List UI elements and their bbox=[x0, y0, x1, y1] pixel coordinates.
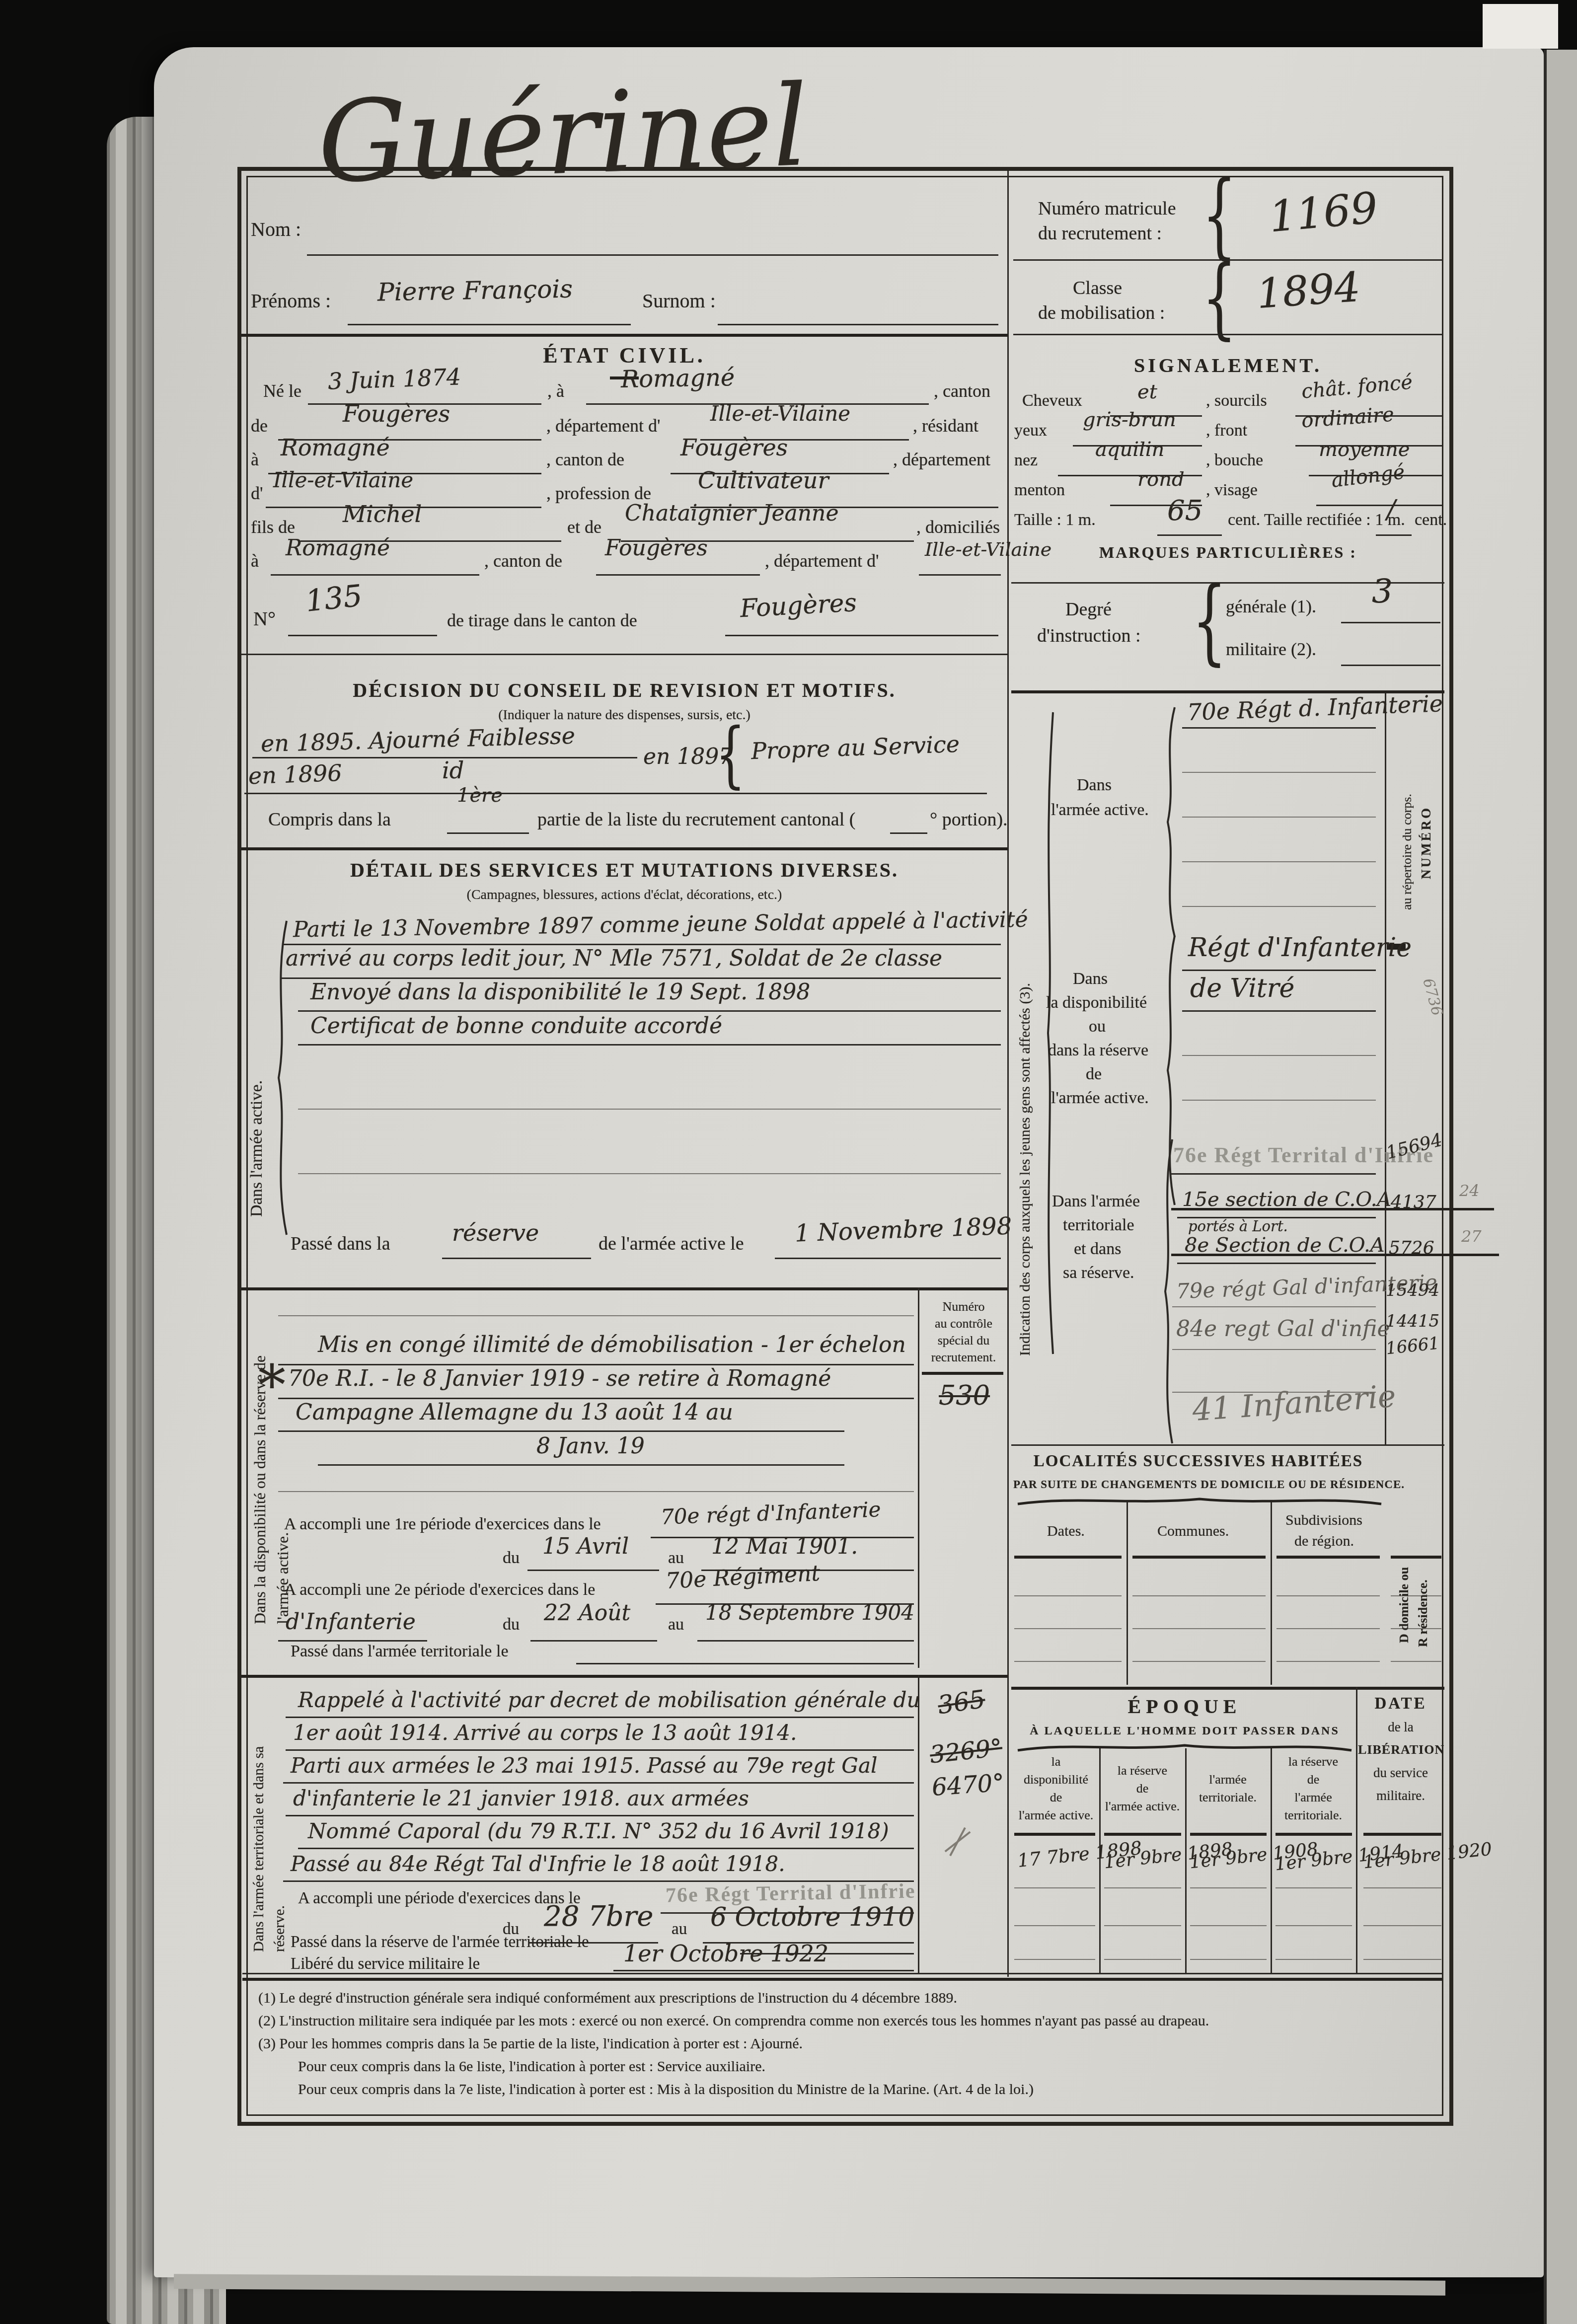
services-line-3: Envoyé dans la disponibilité le 19 Sept.… bbox=[310, 979, 810, 1005]
rule bbox=[298, 1109, 1001, 1110]
rule bbox=[1182, 906, 1376, 907]
rule bbox=[1014, 1595, 1122, 1596]
territoriale-line-2: 1er août 1914. Arrivé au corps le 13 aoû… bbox=[293, 1721, 797, 1745]
dispo-divider bbox=[241, 1287, 1007, 1290]
mere-value: Chataignier Jeanne bbox=[625, 501, 838, 526]
corps-dispo-label-2: la disponibilité bbox=[1046, 993, 1147, 1012]
services-title: DÉTAIL DES SERVICES ET MUTATIONS DIVERSE… bbox=[241, 858, 1007, 882]
rule bbox=[1182, 1010, 1376, 1012]
prenoms-label: Prénoms : bbox=[251, 289, 331, 312]
tirage-no-value: 135 bbox=[304, 578, 364, 619]
rule bbox=[1277, 1661, 1380, 1662]
epoque-date-col-line bbox=[1356, 1687, 1357, 1973]
numero-corps-header-2: au répertoire du corps. bbox=[1400, 701, 1415, 910]
dispo-line-1: Mis en congé illimité de démobilisation … bbox=[318, 1332, 906, 1357]
surnom-label: Surnom : bbox=[642, 289, 716, 312]
rule bbox=[1104, 1925, 1181, 1926]
rule bbox=[283, 944, 1001, 945]
epoque-col4-l3: l'armée bbox=[1273, 1790, 1354, 1805]
corps-dispo-label-6: l'armée active. bbox=[1051, 1089, 1149, 1108]
front-label: , front bbox=[1206, 421, 1247, 440]
rule bbox=[1157, 534, 1222, 536]
classe-value: 1894 bbox=[1255, 264, 1362, 318]
footnote-3: (3) Pour les hommes compris dans la 5e p… bbox=[258, 2035, 1435, 2052]
services-side-label: Dans l'armée active. bbox=[247, 939, 266, 1217]
taille-rectifiee-label: cent. Taille rectifiée : 1 m. bbox=[1228, 511, 1405, 529]
taille-value: 65 bbox=[1167, 495, 1202, 527]
compris-post: ° portion). bbox=[930, 809, 1008, 830]
dispo-line-2: 70e R.I. - le 8 Janvier 1919 - se retire… bbox=[288, 1366, 831, 1391]
rule bbox=[1014, 1887, 1095, 1888]
cheveux-label: Cheveux bbox=[1022, 391, 1082, 410]
domicile-value: Romagné bbox=[286, 535, 390, 561]
epoque-col4-l1: la réserve bbox=[1273, 1754, 1354, 1769]
rule bbox=[1341, 622, 1440, 623]
et-de-label: et de bbox=[567, 517, 601, 537]
localites-header-rule-1 bbox=[1014, 1556, 1122, 1559]
corps-terr-label-4: sa réserve. bbox=[1063, 1264, 1134, 1282]
rule bbox=[1182, 1055, 1376, 1056]
corps-terr-row-5: 84e regt Gal d'infie bbox=[1176, 1316, 1390, 1342]
localites-col-dates: Dates. bbox=[1047, 1523, 1085, 1540]
rule bbox=[1182, 1100, 1376, 1101]
rule bbox=[244, 793, 987, 794]
controle-header-4: recrutement. bbox=[922, 1350, 1005, 1365]
classe-label-2: de mobilisation : bbox=[1038, 302, 1165, 324]
rule bbox=[1363, 1925, 1441, 1926]
rule bbox=[697, 1640, 914, 1642]
epoque-col1-l3: de bbox=[1014, 1790, 1098, 1805]
rule bbox=[281, 977, 1001, 979]
rule bbox=[596, 574, 760, 576]
ne-commune: Romagné bbox=[621, 364, 735, 393]
rule bbox=[298, 1848, 914, 1849]
tirage-no-label: N° bbox=[253, 607, 276, 630]
corps-terr-brace bbox=[1157, 1137, 1175, 1445]
nez-value: aquilin bbox=[1095, 438, 1164, 461]
departement-value: Ille-et-Vilaine bbox=[710, 401, 850, 426]
rule bbox=[1172, 1306, 1376, 1307]
rule bbox=[1104, 1887, 1181, 1888]
departement-res-value: Ille-et-Vilaine bbox=[273, 468, 413, 492]
decision-top-rule bbox=[241, 654, 1007, 655]
departement-word: , département bbox=[893, 449, 990, 470]
rule bbox=[1190, 1887, 1267, 1888]
localites-header-rule-4 bbox=[1391, 1556, 1441, 1559]
taille-cent-label: cent. bbox=[1415, 511, 1447, 529]
rule bbox=[1391, 1628, 1441, 1629]
ne-le-date: 3 Juin 1874 bbox=[327, 363, 461, 394]
localites-col-dr-2: R résidence. bbox=[1416, 1508, 1430, 1647]
dispo-line-3: Campagne Allemagne du 13 août 14 au bbox=[296, 1400, 733, 1425]
corps-dispo-value-2: de Vitré bbox=[1190, 974, 1294, 1003]
localites-col-dr-1: D domicile ou bbox=[1397, 1504, 1412, 1643]
a-word-2: à bbox=[251, 550, 259, 571]
periode1-label: A accompli une 1re période d'exercices d… bbox=[284, 1515, 601, 1534]
periode2-au: au bbox=[668, 1615, 684, 1634]
corps-terr-label-2: territoriale bbox=[1063, 1216, 1134, 1235]
rule bbox=[1132, 1595, 1266, 1596]
services-line-4: Certificat de bonne conduite accordé bbox=[310, 1013, 722, 1039]
compris-value: 1ère bbox=[457, 784, 503, 807]
corps-bottom-rule bbox=[1011, 1444, 1444, 1446]
libere-value: 1er Octobre 1922 bbox=[623, 1940, 828, 1967]
canton-res-value: Fougères bbox=[680, 434, 788, 461]
epoque-title: ÉPOQUE bbox=[1013, 1695, 1356, 1718]
periode2-cont: d'Infanterie bbox=[286, 1609, 416, 1635]
epoque-date-label-2: de la bbox=[1358, 1720, 1443, 1735]
marques-label: MARQUES PARTICULIÈRES : bbox=[1013, 543, 1443, 562]
fils-de-label: fils de bbox=[251, 517, 295, 537]
rule bbox=[278, 1315, 914, 1316]
corps-active-label-2: l'armée active. bbox=[1051, 801, 1149, 820]
footnote-2: (2) L'instruction militaire sera indiqué… bbox=[258, 2013, 1435, 2029]
localites-subtitle: PAR SUITE DE CHANGEMENTS DE DOMICILE OU … bbox=[1013, 1478, 1383, 1491]
degre-militaire-label: militaire (2). bbox=[1226, 639, 1316, 660]
epoque-date-label-4: du service bbox=[1358, 1765, 1443, 1781]
rule bbox=[919, 574, 1001, 576]
controle-header-3: spécial du bbox=[922, 1333, 1005, 1348]
corps-active-brace bbox=[1160, 705, 1178, 939]
nom-label: Nom : bbox=[251, 218, 301, 241]
rule bbox=[447, 832, 529, 834]
corps-dispo-label-4: dans la réserve bbox=[1048, 1041, 1148, 1060]
epoque-date-label-3: LIBÉRATION bbox=[1358, 1742, 1443, 1757]
departement-d-label: , département d' bbox=[765, 550, 879, 571]
bouche-label: , bouche bbox=[1206, 451, 1263, 470]
canton-de-label-2: , canton de bbox=[484, 550, 562, 571]
tirage-label: de tirage dans le canton de bbox=[447, 610, 637, 631]
rule bbox=[318, 1464, 844, 1466]
localites-header-rule-3 bbox=[1277, 1556, 1380, 1559]
rule bbox=[1316, 505, 1442, 506]
rule bbox=[1341, 665, 1440, 666]
rule bbox=[1014, 1925, 1095, 1926]
rule bbox=[278, 1430, 844, 1432]
territoriale-line-3: Parti aux armées le 23 mai 1915. Passé a… bbox=[291, 1753, 877, 1778]
rule bbox=[1132, 1628, 1266, 1629]
rule bbox=[1391, 1595, 1441, 1596]
rule bbox=[283, 1782, 914, 1784]
footnote-divider-b bbox=[242, 1978, 1442, 1981]
rule bbox=[527, 1570, 659, 1571]
rule bbox=[286, 1815, 914, 1816]
periode2-date-fin: 18 Septembre 1904 bbox=[705, 1600, 914, 1625]
rule bbox=[1363, 1959, 1441, 1960]
etat-civil-title: ÉTAT CIVIL. bbox=[241, 343, 1007, 368]
epoque-col3-l2: territoriale. bbox=[1187, 1790, 1269, 1805]
corps-dispo-label-5: de bbox=[1086, 1065, 1102, 1084]
matricule-label-2: du recrutement : bbox=[1038, 223, 1162, 244]
next-page-edge bbox=[1544, 50, 1577, 2324]
epoque-col2-l2: de bbox=[1102, 1781, 1183, 1796]
corps-terr-num-4: 15494 bbox=[1386, 1280, 1439, 1300]
rule bbox=[1014, 1959, 1095, 1960]
menton-label: menton bbox=[1014, 481, 1065, 500]
controle-value: 530 bbox=[939, 1380, 990, 1411]
corps-terr-extra-3: 27 bbox=[1461, 1227, 1482, 1246]
rule bbox=[1182, 861, 1376, 862]
passe-reserve-terr-label: Passé dans la réserve de l'armée territo… bbox=[291, 1933, 589, 1951]
libere-label: Libéré du service militaire le bbox=[291, 1955, 480, 1973]
rule bbox=[613, 1970, 914, 1971]
name-block-divider bbox=[241, 334, 1007, 337]
footnote-5: Pour ceux compris dans la 7e liste, l'in… bbox=[298, 2081, 1435, 2098]
classe-rule bbox=[1013, 334, 1443, 335]
rule bbox=[1276, 1925, 1352, 1926]
localites-swash bbox=[1016, 1495, 1383, 1507]
decision-subtitle: (Indiquer la nature des dispenses, sursi… bbox=[241, 707, 1007, 723]
nez-label: nez bbox=[1014, 451, 1038, 470]
rule bbox=[1104, 1959, 1181, 1960]
sourcils-label: , sourcils bbox=[1206, 391, 1267, 410]
numero-corps-header-1: NUMÉRO bbox=[1419, 730, 1434, 879]
services-line-2: arrivé au corps ledit jour, N° Mle 7571,… bbox=[286, 946, 942, 971]
periode2-label: A accompli une 2e période d'exercices da… bbox=[284, 1580, 595, 1599]
epoque-date-label-5: militaire. bbox=[1358, 1788, 1443, 1803]
rule bbox=[1182, 970, 1376, 971]
territoriale-side-label: Dans l'armée territoriale et dans sa rés… bbox=[248, 1704, 290, 1952]
corps-terr-label-3: et dans bbox=[1074, 1240, 1121, 1259]
rule bbox=[1363, 1887, 1441, 1888]
taille-label: Taille : 1 m. bbox=[1014, 511, 1096, 529]
passe-territoriale-label: Passé dans l'armée territoriale le bbox=[291, 1642, 509, 1661]
rule bbox=[1277, 1595, 1380, 1596]
epoque-col4-l2: de bbox=[1273, 1772, 1354, 1787]
page-corner-tab bbox=[1483, 4, 1558, 49]
rule bbox=[442, 1258, 591, 1259]
rule bbox=[890, 832, 927, 834]
degre-generale-label: générale (1). bbox=[1226, 596, 1316, 617]
rule bbox=[1182, 817, 1376, 818]
degre-label-2: d'instruction : bbox=[1037, 625, 1140, 647]
services-divider bbox=[241, 847, 1007, 850]
margin-star-mark: * bbox=[258, 1369, 286, 1402]
periode2-date-debut: 22 Août bbox=[544, 1600, 630, 1626]
signature-nom: Guérinel bbox=[316, 61, 811, 208]
rule bbox=[278, 1364, 914, 1365]
corps-terr-num-5a: 14415 bbox=[1386, 1311, 1439, 1331]
rule bbox=[1182, 772, 1376, 773]
ne-a: , à bbox=[547, 380, 564, 401]
passe-reserve-label: Passé dans la bbox=[291, 1233, 390, 1255]
compris-label: Compris dans la bbox=[268, 809, 391, 830]
tirage-canton-value: Fougères bbox=[740, 588, 858, 623]
canton-dom-value: Fougères bbox=[605, 535, 708, 561]
rule bbox=[530, 1640, 657, 1642]
rule bbox=[1190, 1959, 1267, 1960]
rule bbox=[1014, 1628, 1122, 1629]
epoque-col3-l1: l'armée bbox=[1187, 1772, 1269, 1787]
periode-terr-label: A accompli une période d'exercices dans … bbox=[298, 1889, 581, 1908]
epoque-col1-l4: l'armée active. bbox=[1014, 1808, 1098, 1823]
rule bbox=[278, 1640, 427, 1642]
rule bbox=[725, 635, 998, 636]
epoque-header-rule-2 bbox=[1104, 1833, 1181, 1836]
controle-header-1: Numéro bbox=[922, 1299, 1005, 1314]
rule bbox=[298, 1173, 1001, 1174]
a-word: à bbox=[251, 449, 259, 470]
decision-1896-id: id bbox=[442, 757, 464, 784]
footnote-1: (1) Le degré d'instruction générale sera… bbox=[258, 1990, 1435, 2007]
localites-col-line-2 bbox=[1271, 1502, 1272, 1685]
localites-col-communes: Communes. bbox=[1157, 1523, 1229, 1540]
rule bbox=[1132, 1661, 1266, 1662]
epoque-header-rule-4 bbox=[1276, 1833, 1352, 1836]
profession-value: Cultivateur bbox=[698, 467, 828, 494]
matricule-label: Numéro matricule bbox=[1038, 198, 1176, 220]
ne-le: Né le bbox=[263, 380, 301, 401]
bouche-value: moyenne bbox=[1319, 438, 1410, 461]
corps-terr-num-2: 4137 bbox=[1391, 1192, 1436, 1212]
rule bbox=[298, 1010, 1001, 1012]
rule bbox=[1182, 727, 1376, 729]
corps-active-label-1: Dans bbox=[1077, 776, 1112, 795]
pere-value: Michel bbox=[343, 501, 422, 527]
epoque-header-rule-5 bbox=[1363, 1833, 1441, 1836]
epoque-col2-l3: l'armée active. bbox=[1102, 1799, 1183, 1814]
prenoms-rule bbox=[348, 324, 631, 325]
rule bbox=[286, 1717, 914, 1718]
strike-line-2 bbox=[1171, 1254, 1499, 1256]
services-subtitle: (Campagnes, blessures, actions d'éclat, … bbox=[241, 887, 1007, 903]
classe-label: Classe bbox=[1073, 277, 1122, 299]
periode1-date-fin: 12 Mai 1901. bbox=[711, 1534, 858, 1559]
cheveux-value: et bbox=[1137, 380, 1157, 403]
corps-dispo-label-3: ou bbox=[1089, 1017, 1106, 1036]
corps-dispo-value-1: Régt d'Infanterie bbox=[1188, 933, 1412, 963]
periode-terr-au: au bbox=[672, 1920, 687, 1939]
degre-generale-value: 3 bbox=[1372, 572, 1393, 610]
rule bbox=[1177, 1263, 1376, 1264]
rule bbox=[288, 635, 437, 636]
localites-header-rule-2 bbox=[1132, 1556, 1266, 1559]
rule bbox=[1276, 1887, 1352, 1888]
rule bbox=[1276, 1959, 1352, 1960]
territoriale-line-5: Nommé Caporal (du 79 R.T.I. N° 352 du 16… bbox=[308, 1819, 889, 1843]
rule bbox=[1190, 1925, 1267, 1926]
corps-terr-label-1: Dans l'armée bbox=[1052, 1192, 1140, 1211]
departement-label: , département d' bbox=[546, 415, 660, 436]
menton-value: rond bbox=[1137, 468, 1185, 491]
rule bbox=[298, 1044, 1001, 1046]
rule bbox=[278, 1398, 914, 1399]
territoriale-line-6: Passé au 84e Régt Tal d'Infrie le 18 aoû… bbox=[291, 1852, 785, 1876]
rule bbox=[576, 1663, 914, 1664]
epoque-date-label-1: DATE bbox=[1358, 1695, 1443, 1713]
canton-de-label: , canton de bbox=[546, 449, 624, 470]
epoque-col4-l4: territoriale. bbox=[1273, 1808, 1354, 1823]
passe-reserve-value: réserve bbox=[452, 1219, 539, 1246]
decision-brace: { bbox=[715, 712, 746, 796]
territoriale-margin-cross bbox=[944, 1828, 972, 1856]
residence-value: Romagné bbox=[281, 434, 390, 461]
yeux-value: gris-brun bbox=[1083, 408, 1176, 431]
footnote-4: Pour ceux compris dans la 6e liste, l'in… bbox=[298, 2058, 1435, 2075]
degre-label-1: Degré bbox=[1065, 599, 1112, 620]
periode-terr-debut: 28 7bre bbox=[544, 1900, 653, 1933]
periode-terr-fin: 6 Octobre 1910 bbox=[710, 1902, 914, 1932]
rule bbox=[1172, 1349, 1376, 1350]
periode2-du: du bbox=[503, 1615, 520, 1634]
rule bbox=[271, 574, 479, 576]
localites-col-line-1 bbox=[1126, 1502, 1128, 1685]
domicilies-word: , domiciliés bbox=[916, 517, 1000, 537]
epoque-header-rule-1 bbox=[1014, 1833, 1095, 1836]
territoriale-margin-6470: 6470° bbox=[931, 1769, 1005, 1801]
decision-title: DÉCISION DU CONSEIL DE REVISION ET MOTIF… bbox=[241, 678, 1007, 702]
rule bbox=[1277, 1628, 1380, 1629]
surnom-rule bbox=[718, 324, 998, 325]
degre-brace: { bbox=[1192, 566, 1227, 675]
passe-reserve-mid: de l'armée active le bbox=[599, 1233, 744, 1255]
register-scan: Guérinel Nom : Prénoms : Pierre François… bbox=[0, 0, 1577, 2324]
canton-word: , canton bbox=[934, 380, 990, 401]
periode1-du: du bbox=[503, 1549, 520, 1568]
rule bbox=[278, 1491, 914, 1492]
territoriale-margin-line bbox=[918, 1675, 919, 1973]
corps-terr-num-3: 5726 bbox=[1389, 1238, 1434, 1258]
dispo-line-4: 8 Janv. 19 bbox=[536, 1433, 645, 1459]
prenoms-value: Pierre François bbox=[377, 275, 573, 307]
decision-1896-year: en 1896 bbox=[248, 759, 342, 790]
controle-header-rule bbox=[922, 1372, 1003, 1375]
rule bbox=[775, 1258, 1001, 1259]
visage-label: , visage bbox=[1206, 481, 1258, 500]
epoque-col2-l1: la réserve bbox=[1102, 1763, 1183, 1778]
corps-side-label: Indication des corps auxquels les jeunes… bbox=[1015, 710, 1036, 1356]
rule bbox=[1376, 534, 1412, 536]
compris-mid: partie de la liste du recrutement canton… bbox=[537, 809, 855, 830]
territoriale-line-4: d'infanterie le 21 janvier 1918. aux arm… bbox=[293, 1786, 749, 1810]
taille-rectifiee-slash: / bbox=[1387, 495, 1396, 525]
epoque-col1-l2: disponibilité bbox=[1014, 1772, 1098, 1787]
controle-header-2: au contrôle bbox=[922, 1316, 1005, 1331]
classe-brace: { bbox=[1202, 247, 1237, 349]
strike-line-1 bbox=[1171, 1208, 1494, 1210]
territoriale-divider bbox=[241, 1675, 1007, 1678]
epoque-header-rule-3 bbox=[1190, 1833, 1267, 1836]
rule bbox=[1391, 1661, 1441, 1662]
corps-terr-row-3a: portés à Lort. bbox=[1188, 1218, 1288, 1235]
localites-col-subdiv-2: de région. bbox=[1294, 1533, 1354, 1550]
epoque-swash bbox=[1016, 1741, 1353, 1753]
canton-value: Fougères bbox=[343, 400, 450, 427]
localites-col-subdiv-1: Subdivisions bbox=[1285, 1512, 1362, 1529]
localites-title: LOCALITÉS SUCCESSIVES HABITÉES bbox=[1013, 1452, 1383, 1471]
epoque-top-divider bbox=[1011, 1687, 1444, 1690]
periode1-au: au bbox=[668, 1549, 684, 1568]
rule bbox=[1170, 1173, 1376, 1175]
nom-rule bbox=[307, 254, 998, 256]
controle-column-line bbox=[918, 1287, 919, 1668]
corps-terr-extra-2: 24 bbox=[1459, 1181, 1480, 1200]
yeux-label: yeux bbox=[1014, 421, 1047, 440]
epoque-subtitle: À LAQUELLE L'HOMME DOIT PASSER DANS bbox=[1013, 1724, 1356, 1738]
periode1-date-debut: 15 Avril bbox=[542, 1534, 629, 1559]
d-word: d' bbox=[251, 483, 263, 504]
territoriale-line-1: Rappelé à l'activité par decret de mobil… bbox=[298, 1688, 920, 1712]
residant-word: , résidant bbox=[913, 415, 978, 436]
matricule-value: 1169 bbox=[1267, 183, 1380, 242]
epoque-col1-l1: la bbox=[1014, 1754, 1098, 1769]
main-column-divider bbox=[1007, 171, 1009, 1977]
rule bbox=[1014, 1661, 1122, 1662]
de-word: de bbox=[251, 415, 268, 436]
corps-dispo-label-1: Dans bbox=[1073, 970, 1108, 988]
rule bbox=[286, 1749, 914, 1751]
